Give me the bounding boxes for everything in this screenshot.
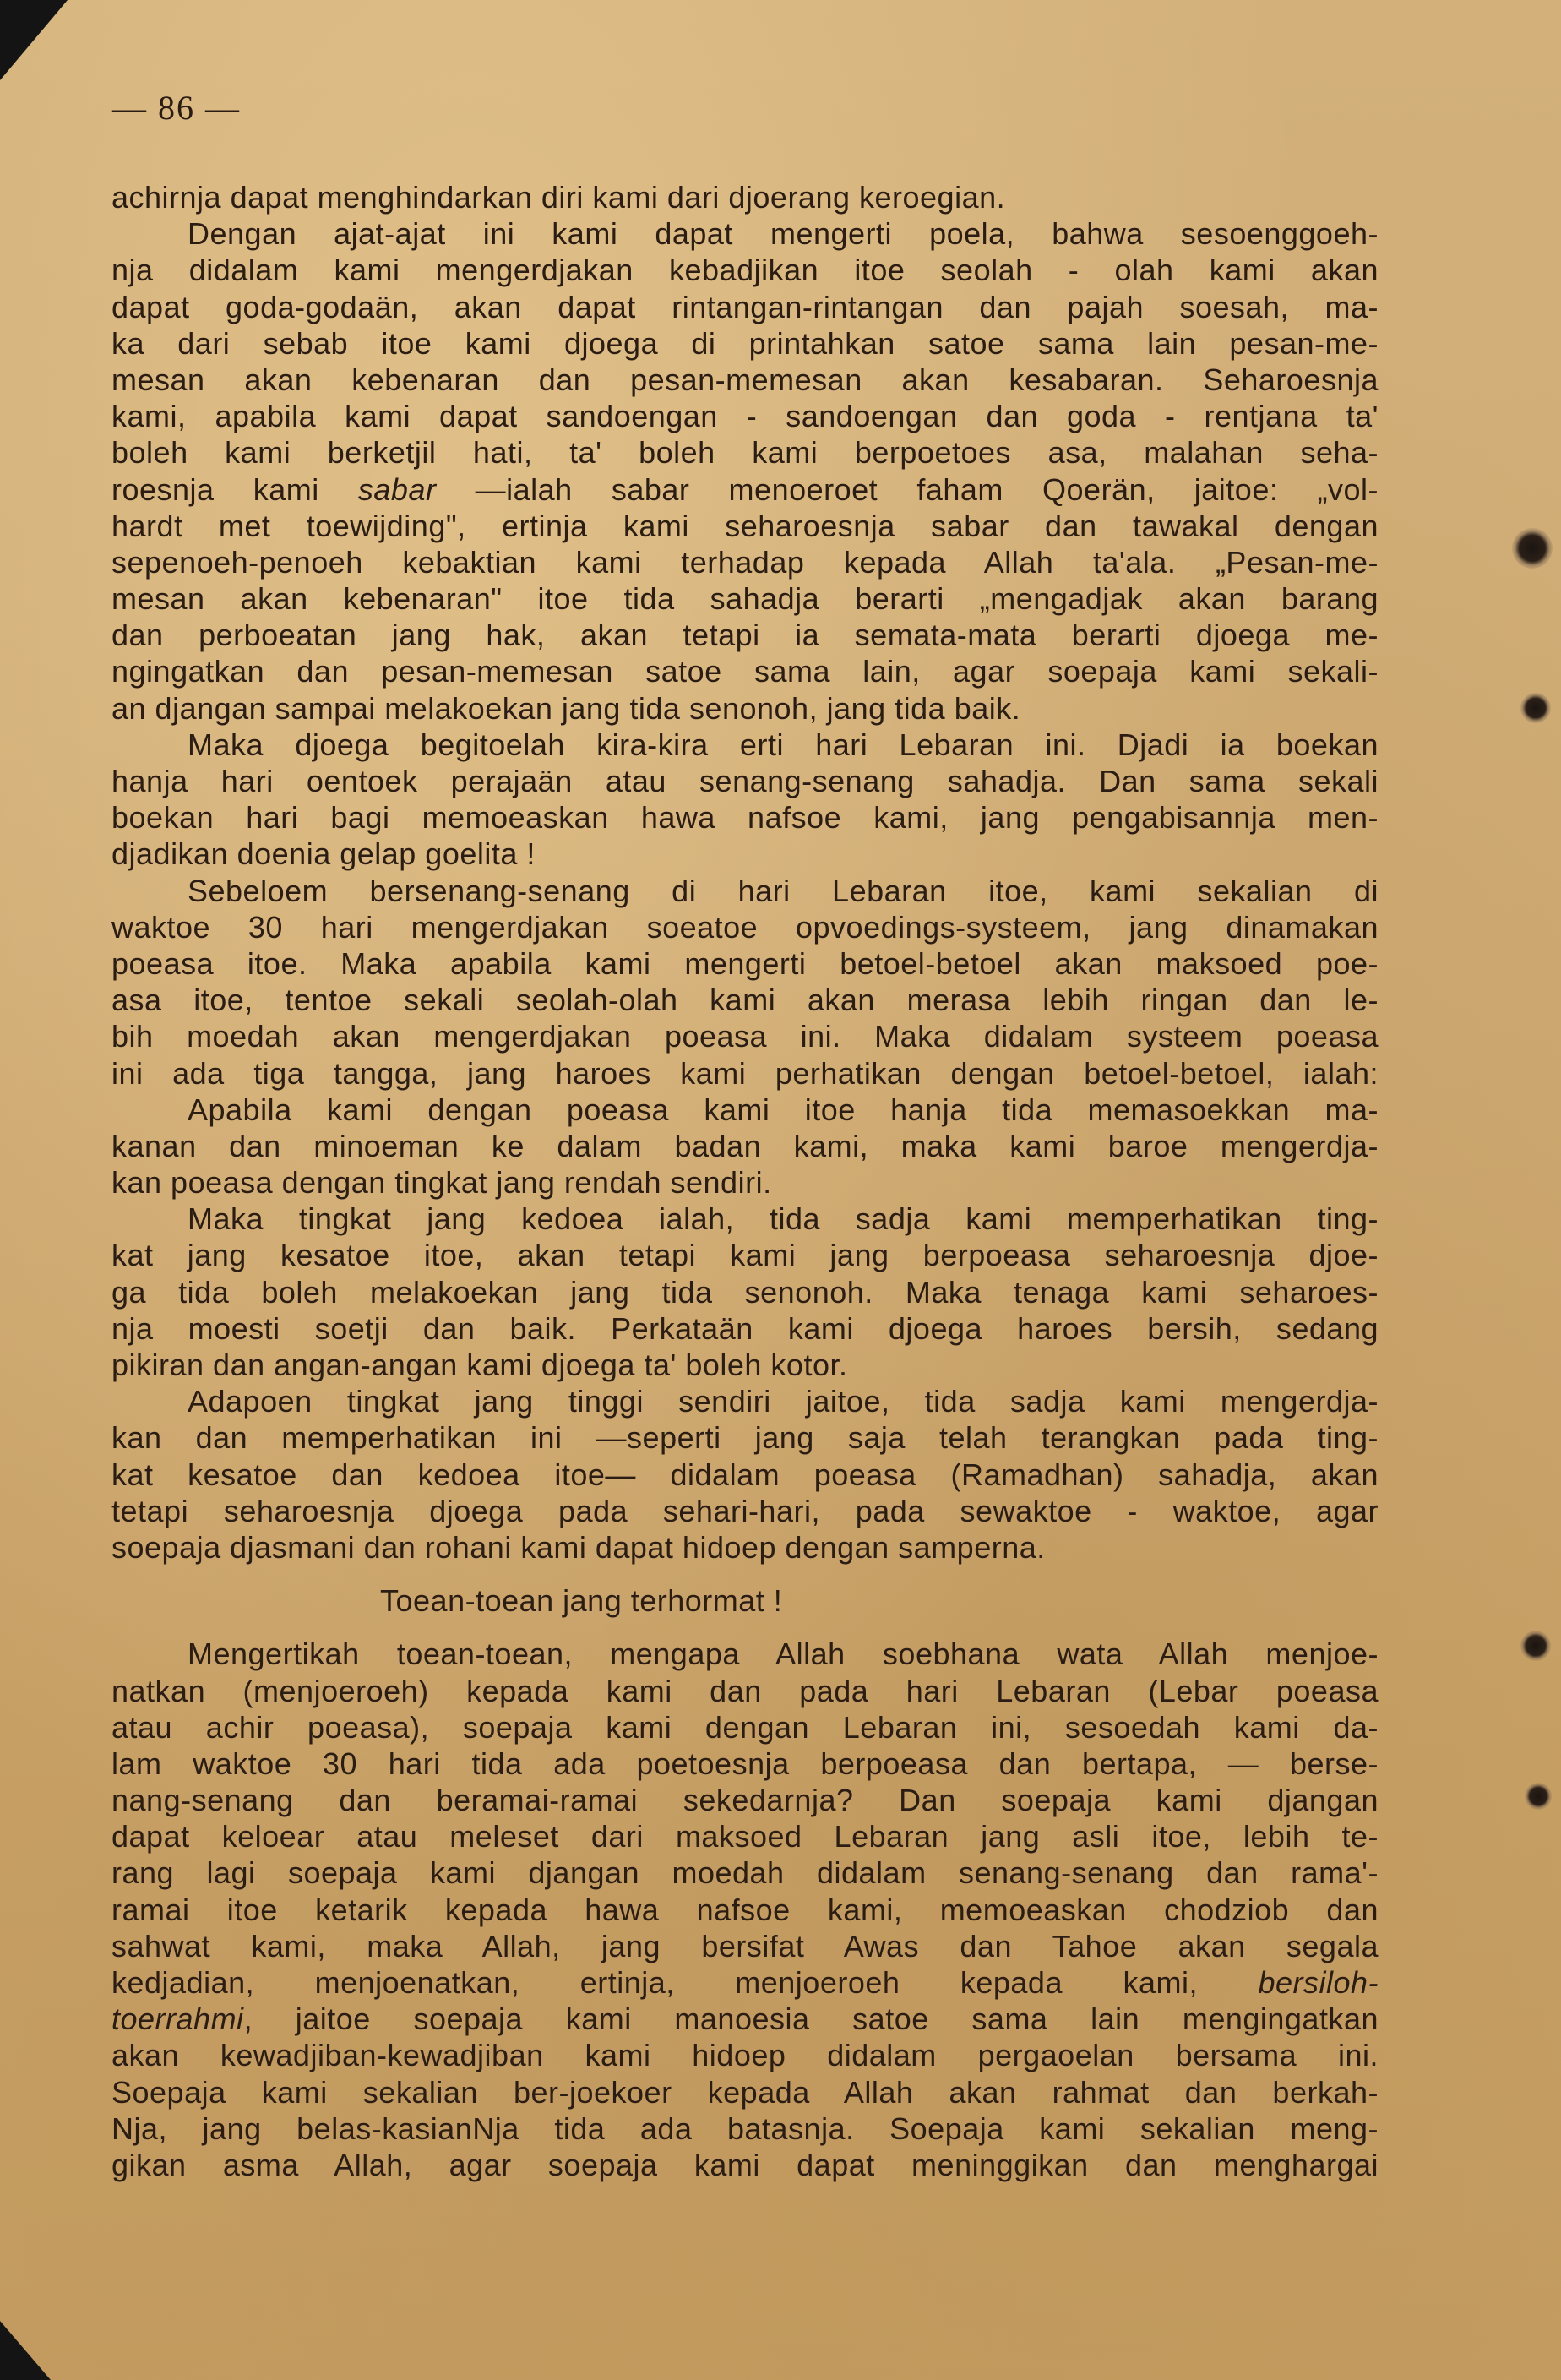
binding-hole-1 — [1512, 528, 1553, 569]
text-line: kan poeasa dengan tingkat jang rendah se… — [111, 1164, 1379, 1201]
text-line: tetapi seharoesnja djoega pada sehari-ha… — [111, 1493, 1379, 1529]
text-line: dapat keloear atau meleset dari maksoed … — [111, 1818, 1379, 1854]
text-line: roesnja kami sabar —ialah sabar menoeroe… — [111, 471, 1379, 508]
italic-term: toerrahmi — [111, 2001, 244, 2036]
section-heading: Toean-toean jang terhormat ! — [111, 1582, 1379, 1619]
text-line: hanja hari oentoek perajaän atau senang-… — [111, 763, 1379, 799]
italic-term: sabar — [358, 472, 437, 507]
text-line: boleh kami berketjil hati, ta' boleh kam… — [111, 434, 1379, 471]
text-line: nja didalam kami mengerdjakan kebadjikan… — [111, 252, 1379, 288]
text-line: ga tida boleh melakoekan jang tida senon… — [111, 1274, 1379, 1310]
text-line: akan kewadjiban-kewadjiban kami hidoep d… — [111, 2037, 1379, 2073]
text-line: sepenoeh-penoeh kebaktian kami terhadap … — [111, 544, 1379, 580]
text-line: rang lagi soepaja kami djangan moedah di… — [111, 1854, 1379, 1891]
text-line: Maka djoega begitoelah kira-kira erti ha… — [111, 727, 1379, 763]
text-line: nja moesti soetji dan baik. Perkataän ka… — [111, 1310, 1379, 1347]
text-line: natkan (menjoeroeh) kepada kami dan pada… — [111, 1673, 1379, 1709]
text-line: Nja, jang belas-kasianNja tida ada batas… — [111, 2110, 1379, 2147]
text-line: boekan hari bagi memoeaskan hawa nafsoe … — [111, 799, 1379, 836]
text-line: dapat goda-godaän, akan dapat rintangan-… — [111, 289, 1379, 325]
body-text: achirnja dapat menghindarkan diri kami d… — [111, 179, 1379, 2183]
italic-term: bersiloh- — [1258, 1965, 1379, 2000]
text-line: dan perboeatan jang hak, akan tetapi ia … — [111, 617, 1379, 653]
text-line: asa itoe, tentoe sekali seolah-olah kami… — [111, 982, 1379, 1018]
text-line: Sebeloem bersenang-senang di hari Lebara… — [111, 873, 1379, 909]
page-number: — 86 — — [112, 88, 241, 128]
text-line: Mengertikah toean-toean, mengapa Allah s… — [111, 1636, 1379, 1672]
text-line: bih moedah akan mengerdjakan poeasa ini.… — [111, 1018, 1379, 1054]
text-line: lam waktoe 30 hari tida ada poetoesnja b… — [111, 1746, 1379, 1782]
text-line: mesan akan kebenaran" itoe tida sahadja … — [111, 580, 1379, 617]
text-line: Soepaja kami sekalian ber-joekoer kepada… — [111, 2074, 1379, 2110]
text-line: ramai itoe ketarik kepada hawa nafsoe ka… — [111, 1892, 1379, 1928]
text-line: kan dan memperhatikan ini —seperti jang … — [111, 1419, 1379, 1456]
text-line: Apabila kami dengan poeasa kami itoe han… — [111, 1092, 1379, 1128]
binding-hole-4 — [1525, 1783, 1552, 1810]
text-line: kat kesatoe dan kedoea itoe— didalam poe… — [111, 1457, 1379, 1493]
text-line: sahwat kami, maka Allah, jang bersifat A… — [111, 1928, 1379, 1964]
text-line: Maka tingkat jang kedoea ialah, tida sad… — [111, 1201, 1379, 1237]
text-line: soepaja djasmani dan rohani kami dapat h… — [111, 1529, 1379, 1566]
text-line: poeasa itoe. Maka apabila kami mengerti … — [111, 945, 1379, 982]
text-line: djadikan doenia gelap goelita ! — [111, 836, 1379, 872]
text-line: kami, apabila kami dapat sandoengan - sa… — [111, 398, 1379, 434]
dark-corner-bottom-left — [0, 2321, 51, 2380]
text-line: ini ada tiga tangga, jang haroes kami pe… — [111, 1055, 1379, 1092]
text-line: ka dari sebab itoe kami djoega di printa… — [111, 325, 1379, 362]
text-line: pikiran dan angan-angan kami djoega ta' … — [111, 1347, 1379, 1383]
text-line: gikan asma Allah, agar soepaja kami dapa… — [111, 2147, 1379, 2183]
binding-hole-2 — [1520, 693, 1551, 723]
text-line: kat jang kesatoe itoe, akan tetapi kami … — [111, 1237, 1379, 1273]
text-line: atau achir poeasa), soepaja kami dengan … — [111, 1709, 1379, 1746]
text-line: kanan dan minoeman ke dalam badan kami, … — [111, 1128, 1379, 1164]
text-line: kedjadian, menjoenatkan, ertinja, menjoe… — [111, 1964, 1379, 2001]
dark-corner-top-left — [0, 0, 68, 80]
text-line: Adapoen tingkat jang tinggi sendiri jait… — [111, 1383, 1379, 1419]
text-line: hardt met toewijding", ertinja kami seha… — [111, 508, 1379, 544]
binding-hole-3 — [1520, 1631, 1551, 1661]
text-line: toerrahmi, jaitoe soepaja kami manoesia … — [111, 2001, 1379, 2037]
text-line: ngingatkan dan pesan-memesan satoe sama … — [111, 653, 1379, 689]
scanned-page: — 86 — achirnja dapat menghindarkan diri… — [0, 0, 1561, 2380]
text-line: mesan akan kebenaran dan pesan-memesan a… — [111, 362, 1379, 398]
text-line: achirnja dapat menghindarkan diri kami d… — [111, 179, 1379, 215]
text-line: an djangan sampai melakoekan jang tida s… — [111, 690, 1379, 727]
text-line: waktoe 30 hari mengerdjakan soeatoe opvo… — [111, 909, 1379, 945]
text-line: nang-senang dan beramai-ramai sekedarnja… — [111, 1782, 1379, 1818]
text-line: Dengan ajat-ajat ini kami dapat mengerti… — [111, 215, 1379, 252]
